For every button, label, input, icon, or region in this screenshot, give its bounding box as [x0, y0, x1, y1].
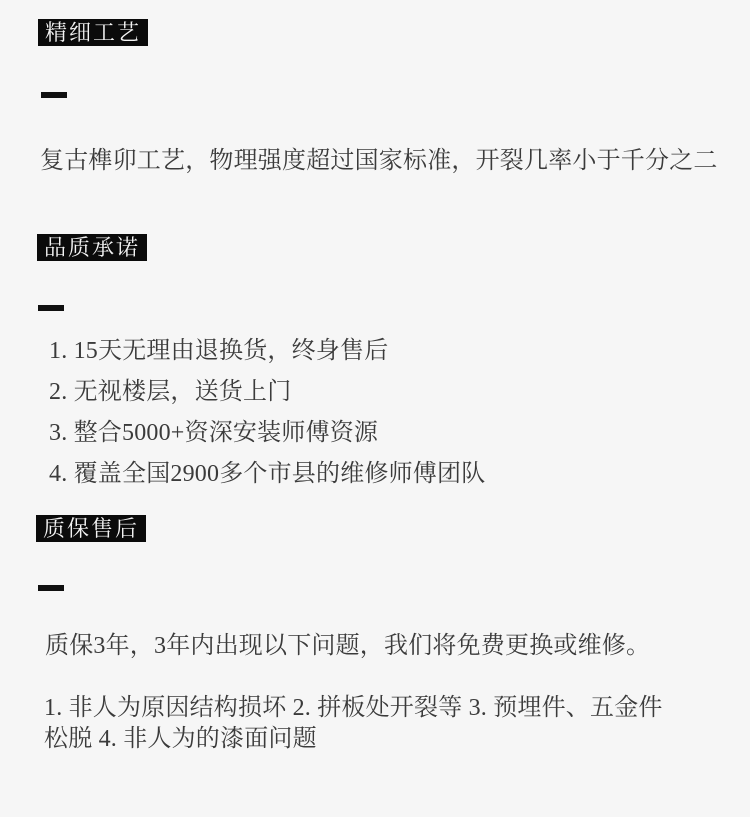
- divider-dash: [38, 305, 64, 311]
- promise-list: 1. 15天无理由退换货，终身售后 2. 无视楼层，送货上门 3. 整合5000…: [49, 337, 485, 489]
- section-badge-quality-promise: 品质承诺: [37, 234, 147, 261]
- product-detail-page: 精细工艺 复古榫卯工艺，物理强度超过国家标准，开裂几率小于千分之二 品质承诺 1…: [0, 0, 750, 817]
- warranty-description: 质保3年，3年内出现以下问题，我们将免费更换或维修。: [45, 632, 650, 660]
- promise-list-item: 4. 覆盖全国2900多个市县的维修师傅团队: [49, 460, 485, 489]
- divider-dash: [41, 92, 67, 98]
- promise-list-item: 2. 无视楼层，送货上门: [49, 378, 485, 407]
- covered-issues-paragraph: 1. 非人为原因结构损坏 2. 拼板处开裂等 3. 预埋件、五金件 松脱 4. …: [44, 693, 663, 755]
- divider-dash: [38, 585, 64, 591]
- section-badge-warranty: 质保售后: [36, 515, 146, 542]
- covered-issues-line: 1. 非人为原因结构损坏 2. 拼板处开裂等 3. 预埋件、五金件: [44, 693, 663, 724]
- covered-issues-line: 松脱 4. 非人为的漆面问题: [44, 724, 663, 755]
- craftsmanship-description: 复古榫卯工艺，物理强度超过国家标准，开裂几率小于千分之二: [40, 147, 718, 175]
- section-badge-craftsmanship: 精细工艺: [38, 19, 148, 46]
- promise-list-item: 1. 15天无理由退换货，终身售后: [49, 337, 485, 366]
- promise-list-item: 3. 整合5000+资深安装师傅资源: [49, 419, 485, 448]
